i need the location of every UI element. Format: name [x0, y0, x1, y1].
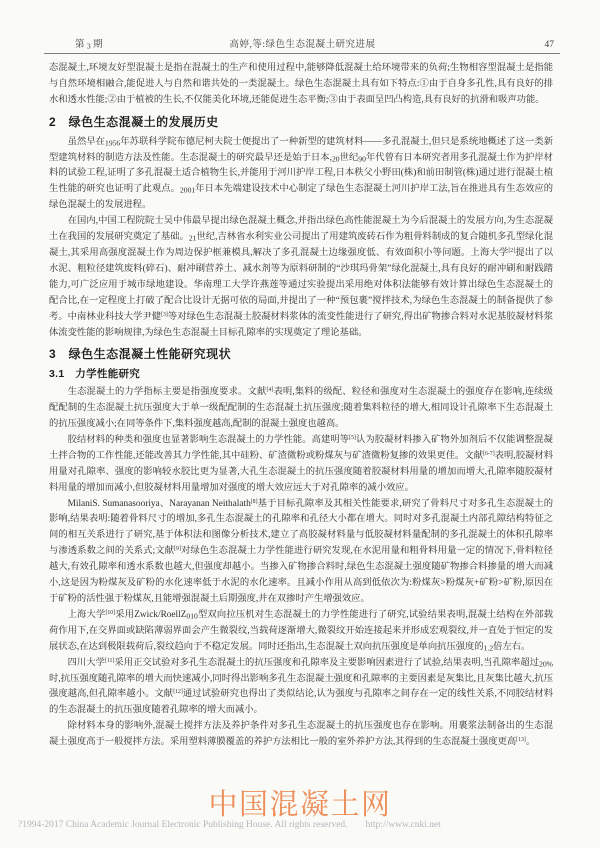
paragraph: 胶结材料的种类和强度也显著影响生态混凝土的力学性能。高建明等[5]认为胶凝材料掺… — [49, 433, 553, 497]
article-body: 态混凝土,环境友好型混凝土是指在混凝土的生产和使用过程中,能够降低混凝土给环境带… — [49, 61, 553, 751]
watermark-text: 中国混凝土网 — [0, 782, 600, 823]
paragraph: 除材料本身的影响外,混凝土搅拌方法及养护条件对多孔生态混凝土的抗压强度也存在影响… — [49, 719, 553, 751]
paragraph: 在国内,中国工程院院士吴中伟最早提出绿色混凝土概念,并指出绿色高性能混凝土为今后… — [49, 214, 553, 341]
subsection-heading-mechanical-properties: 3.1 力学性能研究 — [49, 367, 553, 383]
paragraph: 上海大学[10]采用Zwick/RoellZ010型双向拉压机对生态混凝土的力学… — [49, 608, 553, 656]
cnki-url: http://www.cnki.net — [366, 820, 441, 830]
header-rule — [44, 53, 560, 54]
copyright-notice: ?1994-2017 China Academic Journal Electr… — [18, 820, 348, 830]
section-heading-development-history: 2 绿色生态混凝土的发展历史 — [49, 115, 553, 131]
paragraph: 虽然早在1956年苏联科学院布德尼柯夫院士便提出了一种新型的建筑材料——多孔混凝… — [49, 135, 553, 215]
journal-issue: 第 3 期 — [49, 36, 169, 50]
paragraph: 态混凝土,环境友好型混凝土是指在混凝土的生产和使用过程中,能够降低混凝土给环境带… — [49, 61, 553, 109]
copyright-strip: ?1994-2017 China Academic Journal Electr… — [18, 820, 594, 830]
paragraph: 生态混凝土的力学指标主要是指强度要求。文献[4]表明,集料的级配、粒径和强度对生… — [49, 385, 553, 433]
page-number: 47 — [436, 40, 556, 50]
journal-page: 第 3 期 高婷,等:绿色生态混凝土研究进展 47 态混凝土,环境友好型混凝土是… — [0, 0, 600, 848]
section-heading-performance-research: 3 绿色生态混凝土性能研究现状 — [49, 347, 553, 363]
paragraph: MilaniS. Sumanasooriya、Narayanan Neithal… — [49, 497, 553, 608]
page-header: 第 3 期 高婷,等:绿色生态混凝土研究进展 47 — [49, 36, 556, 50]
running-title: 高婷,等:绿色生态混凝土研究进展 — [169, 36, 436, 50]
paragraph: 四川大学[11]采用正交试验对多孔生态混凝土的抗压强度和孔隙率及主要影响因素进行… — [49, 656, 553, 720]
